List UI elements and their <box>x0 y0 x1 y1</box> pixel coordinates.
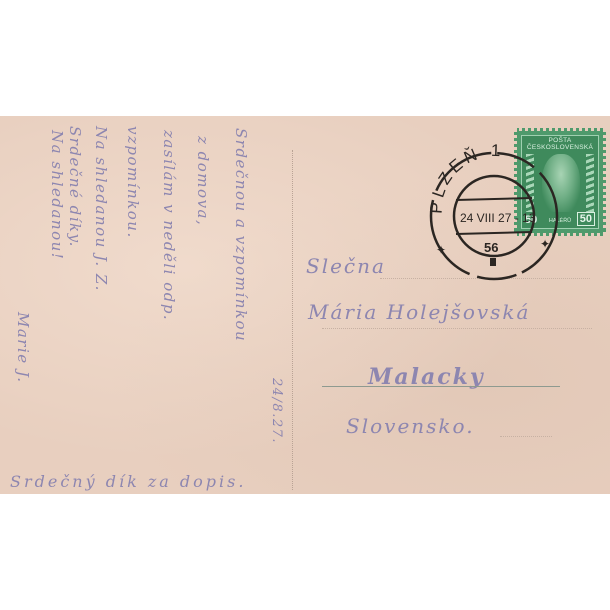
message-line-5: Na shledanou J. Z. <box>92 126 110 292</box>
message-line-6: Srdečné díky. <box>66 126 84 248</box>
postmark-town: PLZEŇ 1 <box>426 141 504 214</box>
bottom-thanks-line: Srdečný dík za dopis. <box>10 472 246 491</box>
address-line-4 <box>500 436 552 437</box>
message-line-1: Srdečnou a vzpomínkou <box>232 128 250 342</box>
postmark-date: 24 VIII 27 - 13 <box>460 211 536 225</box>
postmark-number: 56 <box>484 240 498 255</box>
message-line-3: zasílám v neděli odp. <box>160 130 178 321</box>
postmark-cancellation: PLZEŇ 1 24 VIII 27 - 13 56 ✦ ✦ <box>420 136 570 286</box>
message-signature: Marie J. <box>14 312 32 384</box>
address-name: Mária Holejšovská <box>308 300 530 324</box>
postmark-mark <box>490 258 496 266</box>
stamp-laurel-right <box>586 154 594 212</box>
address-line-3-underline <box>322 386 560 387</box>
dotted-divider <box>292 150 293 490</box>
postmark-star-right: ✦ <box>540 237 550 251</box>
address-salutation: Slečna <box>306 254 386 278</box>
stamp-value-right: 50 <box>577 212 595 226</box>
address-country: Slovensko. <box>346 414 475 438</box>
message-line-2: z domova, <box>194 136 212 226</box>
postcard-back: Srdečnou a vzpomínkou z domova, zasílám … <box>0 116 610 494</box>
message-line-7: Na shledanou! <box>48 130 66 260</box>
message-line-4: vzpomínkou. <box>124 126 142 239</box>
address-line-2 <box>322 328 592 329</box>
postmark-star-left: ✦ <box>436 243 446 257</box>
date-note: 24/8.27. <box>269 378 284 444</box>
